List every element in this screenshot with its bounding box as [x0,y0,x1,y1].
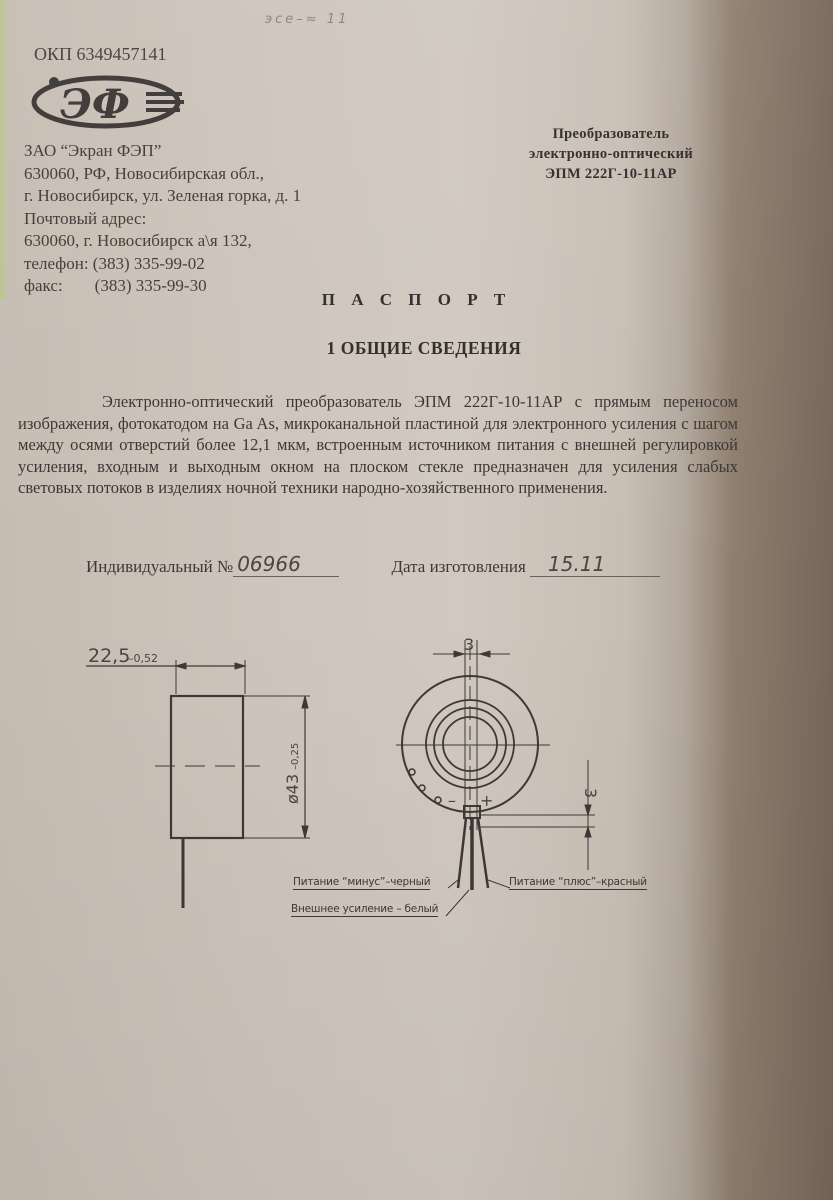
side-gap-dimension: 3 [581,788,600,798]
product-title-line-3: ЭПМ 222Г-10-11АР [496,164,726,184]
postal-label: Почтовый адрес: [24,208,301,231]
product-title-line-2: электронно-оптический [496,144,726,164]
company-address-1: 630060, РФ, Новосибирская обл., [24,163,301,186]
serial-label: Индивидуальный № [86,557,233,577]
length-dimension: 22,5 [88,645,130,667]
phone-row: телефон: (383) 335-99-02 [24,253,301,276]
length-tolerance: –0,52 [128,652,158,665]
side-view [86,660,310,908]
diameter-tolerance: –0,25 [290,743,301,770]
okp-code: ОКП 6349457141 [34,44,167,65]
description-text: Электронно-оптический преобразователь ЭП… [18,391,738,499]
front-view [396,640,595,916]
product-title-line-1: Преобразователь [496,124,726,144]
diameter-dimension: ø43 [283,774,302,804]
handwritten-note: эсе–≈ 11 [265,12,349,27]
phone-number: (383) 335-99-02 [93,254,205,273]
company-info: ЗАО “Экран ФЭП” 630060, РФ, Новосибирска… [24,140,301,298]
wire-label-plus: Питание “плюс”–красный [509,876,647,890]
product-title: Преобразователь электронно-оптический ЭП… [496,124,726,184]
wire-label-minus: Питание “минус”–черный [293,876,430,890]
manufacture-date-field[interactable]: 15.11 [530,552,660,577]
company-address-2: г. Новосибирск, ул. Зеленая горка, д. 1 [24,185,301,208]
description-paragraph: Электронно-оптический преобразователь ЭП… [18,391,738,499]
date-label: Дата изготовления [391,557,525,577]
plus-terminal-mark: + [480,791,493,810]
section-title: 1 ОБЩИЕ СВЕДЕНИЯ [0,338,833,359]
wire-label-external-gain: Внешнее усиление – белый [291,903,438,917]
company-name: ЗАО “Экран ФЭП” [24,140,301,163]
svg-text:ЭФ: ЭФ [60,81,130,128]
serial-number-field[interactable]: 06966 [233,552,339,577]
postal-address: 630060, г. Новосибирск а\я 132, [24,230,301,253]
page-edge-tint [0,0,8,300]
identification-fields: Индивидуальный №06966 Дата изготовления … [86,552,660,577]
phone-label: телефон: [24,254,89,273]
minus-terminal-mark: – [448,791,456,810]
top-gap-dimension: 3 [464,635,474,654]
document-title: П А С П О Р Т [0,290,833,310]
company-logo-icon: ЭФ [28,70,188,132]
